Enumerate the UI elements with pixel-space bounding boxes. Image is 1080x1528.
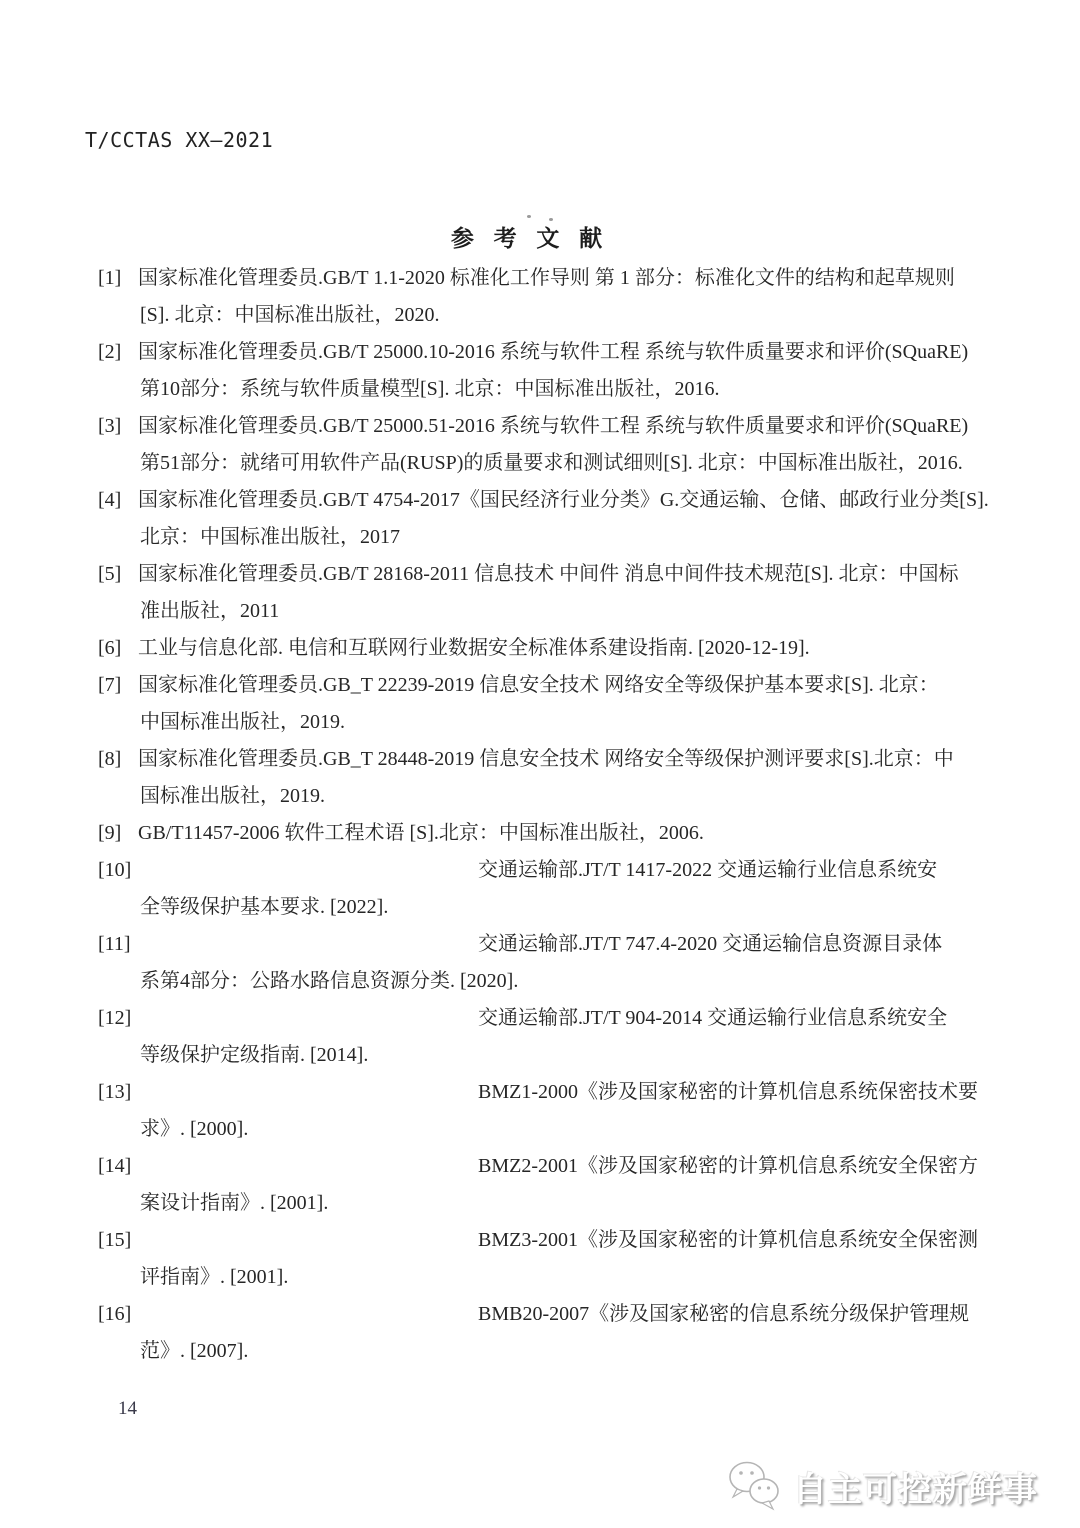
ref-text: BMZ2-2001《涉及国家秘密的计算机信息系统安全保密方 — [478, 1148, 978, 1185]
ref-first-line: [4]国家标准化管理委员.GB/T 4754-2017《国民经济行业分类》G.交… — [0, 482, 1080, 519]
ref-number: [13] — [98, 1074, 138, 1111]
ref-first-line: [1]国家标准化管理委员.GB/T 1.1-2020 标准化工作导则 第 1 部… — [0, 260, 1080, 297]
ref-number: [12] — [98, 1000, 138, 1037]
references-title: 参 考 文 献 — [0, 220, 1060, 253]
ref-text: 国家标准化管理委员.GB/T 4754-2017《国民经济行业分类》G.交通运输… — [138, 489, 989, 511]
ref-number: [9] — [98, 815, 138, 852]
ref-first-line: [6]工业与信息化部. 电信和互联网行业数据安全标准体系建设指南. [2020-… — [0, 630, 1080, 667]
wechat-icon — [727, 1460, 783, 1512]
ref-first-line: [3]国家标准化管理委员.GB/T 25000.51-2016 系统与软件工程 … — [0, 408, 1080, 445]
reference-item: [12]交通运输部.JT/T 904-2014 交通运输行业信息系统安全等级保护… — [0, 1000, 1080, 1074]
reference-item: [8]国家标准化管理委员.GB_T 28448-2019 信息安全技术 网络安全… — [0, 741, 1080, 815]
ref-first-line: [14]BMZ2-2001《涉及国家秘密的计算机信息系统安全保密方 — [0, 1148, 1080, 1185]
ref-first-line: [7]国家标准化管理委员.GB_T 22239-2019 信息安全技术 网络安全… — [0, 667, 1080, 704]
ref-text: BMB20-2007《涉及国家秘密的信息系统分级保护管理规 — [478, 1296, 969, 1333]
ref-text: 国家标准化管理委员.GB/T 25000.10-2016 系统与软件工程 系统与… — [138, 341, 968, 363]
ref-text: 国家标准化管理委员.GB/T 28168-2011 信息技术 中间件 消息中间件… — [138, 563, 959, 585]
reference-item: [13]BMZ1-2000《涉及国家秘密的计算机信息系统保密技术要求》. [20… — [0, 1074, 1080, 1148]
ref-text: 国家标准化管理委员.GB_T 28448-2019 信息安全技术 网络安全等级保… — [138, 748, 954, 770]
watermark-text: 自主可控新鲜事 — [793, 1462, 1038, 1511]
ref-text: BMZ3-2001《涉及国家秘密的计算机信息系统安全保密测 — [478, 1222, 978, 1259]
ref-first-line: [13]BMZ1-2000《涉及国家秘密的计算机信息系统保密技术要 — [0, 1074, 1080, 1111]
ref-text: 国家标准化管理委员.GB/T 25000.51-2016 系统与软件工程 系统与… — [138, 415, 968, 437]
ref-continuation-line: 中国标准出版社，2019. — [0, 704, 1080, 741]
ref-number: [10] — [98, 852, 138, 889]
ref-continuation-line: [S]. 北京：中国标准出版社，2020. — [0, 297, 1080, 334]
ref-text: 国家标准化管理委员.GB_T 22239-2019 信息安全技术 网络安全等级保… — [138, 674, 939, 696]
ref-continuation-line: 北京：中国标准出版社，2017 — [0, 519, 1080, 556]
page-number: 14 — [118, 1398, 137, 1420]
ref-text: 交通运输部.JT/T 747.4-2020 交通运输信息资源目录体 — [478, 926, 942, 963]
reference-item: [3]国家标准化管理委员.GB/T 25000.51-2016 系统与软件工程 … — [0, 408, 1080, 482]
reference-item: [10]交通运输部.JT/T 1417-2022 交通运输行业信息系统安全等级保… — [0, 852, 1080, 926]
ref-text: 交通运输部.JT/T 1417-2022 交通运输行业信息系统安 — [478, 852, 937, 889]
watermark: 自主可控新鲜事 — [727, 1460, 1038, 1512]
reference-item: [14]BMZ2-2001《涉及国家秘密的计算机信息系统安全保密方案设计指南》.… — [0, 1148, 1080, 1222]
ref-continuation-line: 国标准出版社，2019. — [0, 778, 1080, 815]
ref-continuation-line: 第51部分：就绪可用软件产品(RUSP)的质量要求和测试细则[S]. 北京：中国… — [0, 445, 1080, 482]
ref-number: [14] — [98, 1148, 138, 1185]
ref-continuation-line: 范》. [2007]. — [0, 1333, 1080, 1370]
ref-number: [5] — [98, 556, 138, 593]
ref-first-line: [5]国家标准化管理委员.GB/T 28168-2011 信息技术 中间件 消息… — [0, 556, 1080, 593]
ref-continuation-line: 等级保护定级指南. [2014]. — [0, 1037, 1080, 1074]
ref-number: [4] — [98, 482, 138, 519]
ref-first-line: [11]交通运输部.JT/T 747.4-2020 交通运输信息资源目录体 — [0, 926, 1080, 963]
reference-item: [6]工业与信息化部. 电信和互联网行业数据安全标准体系建设指南. [2020-… — [0, 630, 1080, 667]
ref-number: [2] — [98, 334, 138, 371]
reference-item: [2]国家标准化管理委员.GB/T 25000.10-2016 系统与软件工程 … — [0, 334, 1080, 408]
ref-number: [7] — [98, 667, 138, 704]
ref-continuation-line: 求》. [2000]. — [0, 1111, 1080, 1148]
ref-first-line: [12]交通运输部.JT/T 904-2014 交通运输行业信息系统安全 — [0, 1000, 1080, 1037]
ref-number: [3] — [98, 408, 138, 445]
ref-first-line: [10]交通运输部.JT/T 1417-2022 交通运输行业信息系统安 — [0, 852, 1080, 889]
ref-first-line: [16]BMB20-2007《涉及国家秘密的信息系统分级保护管理规 — [0, 1296, 1080, 1333]
ref-first-line: [9]GB/T11457-2006 软件工程术语 [S].北京：中国标准出版社，… — [0, 815, 1080, 852]
reference-item: [16]BMB20-2007《涉及国家秘密的信息系统分级保护管理规范》. [20… — [0, 1296, 1080, 1370]
ref-text: BMZ1-2000《涉及国家秘密的计算机信息系统保密技术要 — [478, 1074, 978, 1111]
ref-number: [11] — [98, 926, 138, 963]
ref-first-line: [2]国家标准化管理委员.GB/T 25000.10-2016 系统与软件工程 … — [0, 334, 1080, 371]
ref-text: 国家标准化管理委员.GB/T 1.1-2020 标准化工作导则 第 1 部分：标… — [138, 267, 955, 289]
reference-item: [9]GB/T11457-2006 软件工程术语 [S].北京：中国标准出版社，… — [0, 815, 1080, 852]
reference-item: [5]国家标准化管理委员.GB/T 28168-2011 信息技术 中间件 消息… — [0, 556, 1080, 630]
ref-number: [8] — [98, 741, 138, 778]
reference-item: [15]BMZ3-2001《涉及国家秘密的计算机信息系统安全保密测评指南》. [… — [0, 1222, 1080, 1296]
ref-continuation-line: 全等级保护基本要求. [2022]. — [0, 889, 1080, 926]
reference-item: [4]国家标准化管理委员.GB/T 4754-2017《国民经济行业分类》G.交… — [0, 482, 1080, 556]
reference-item: [11]交通运输部.JT/T 747.4-2020 交通运输信息资源目录体系第4… — [0, 926, 1080, 1000]
ref-continuation-line: 第10部分：系统与软件质量模型[S]. 北京：中国标准出版社，2016. — [0, 371, 1080, 408]
document-code-header: T/CCTAS XX—2021 — [85, 128, 273, 152]
ref-first-line: [8]国家标准化管理委员.GB_T 28448-2019 信息安全技术 网络安全… — [0, 741, 1080, 778]
ref-number: [1] — [98, 260, 138, 297]
ref-first-line: [15]BMZ3-2001《涉及国家秘密的计算机信息系统安全保密测 — [0, 1222, 1080, 1259]
ref-continuation-line: 系第4部分：公路水路信息资源分类. [2020]. — [0, 963, 1080, 1000]
ref-text: GB/T11457-2006 软件工程术语 [S].北京：中国标准出版社，200… — [138, 822, 704, 844]
ref-number: [6] — [98, 630, 138, 667]
ref-continuation-line: 评指南》. [2001]. — [0, 1259, 1080, 1296]
reference-list: [1]国家标准化管理委员.GB/T 1.1-2020 标准化工作导则 第 1 部… — [0, 260, 1080, 1370]
ref-text: 交通运输部.JT/T 904-2014 交通运输行业信息系统安全 — [478, 1000, 947, 1037]
reference-item: [1]国家标准化管理委员.GB/T 1.1-2020 标准化工作导则 第 1 部… — [0, 260, 1080, 334]
scan-artifact-dot — [527, 215, 531, 218]
reference-item: [7]国家标准化管理委员.GB_T 22239-2019 信息安全技术 网络安全… — [0, 667, 1080, 741]
ref-continuation-line: 案设计指南》. [2001]. — [0, 1185, 1080, 1222]
ref-number: [16] — [98, 1296, 138, 1333]
ref-number: [15] — [98, 1222, 138, 1259]
ref-continuation-line: 准出版社，2011 — [0, 593, 1080, 630]
ref-text: 工业与信息化部. 电信和互联网行业数据安全标准体系建设指南. [2020-12-… — [138, 637, 810, 659]
